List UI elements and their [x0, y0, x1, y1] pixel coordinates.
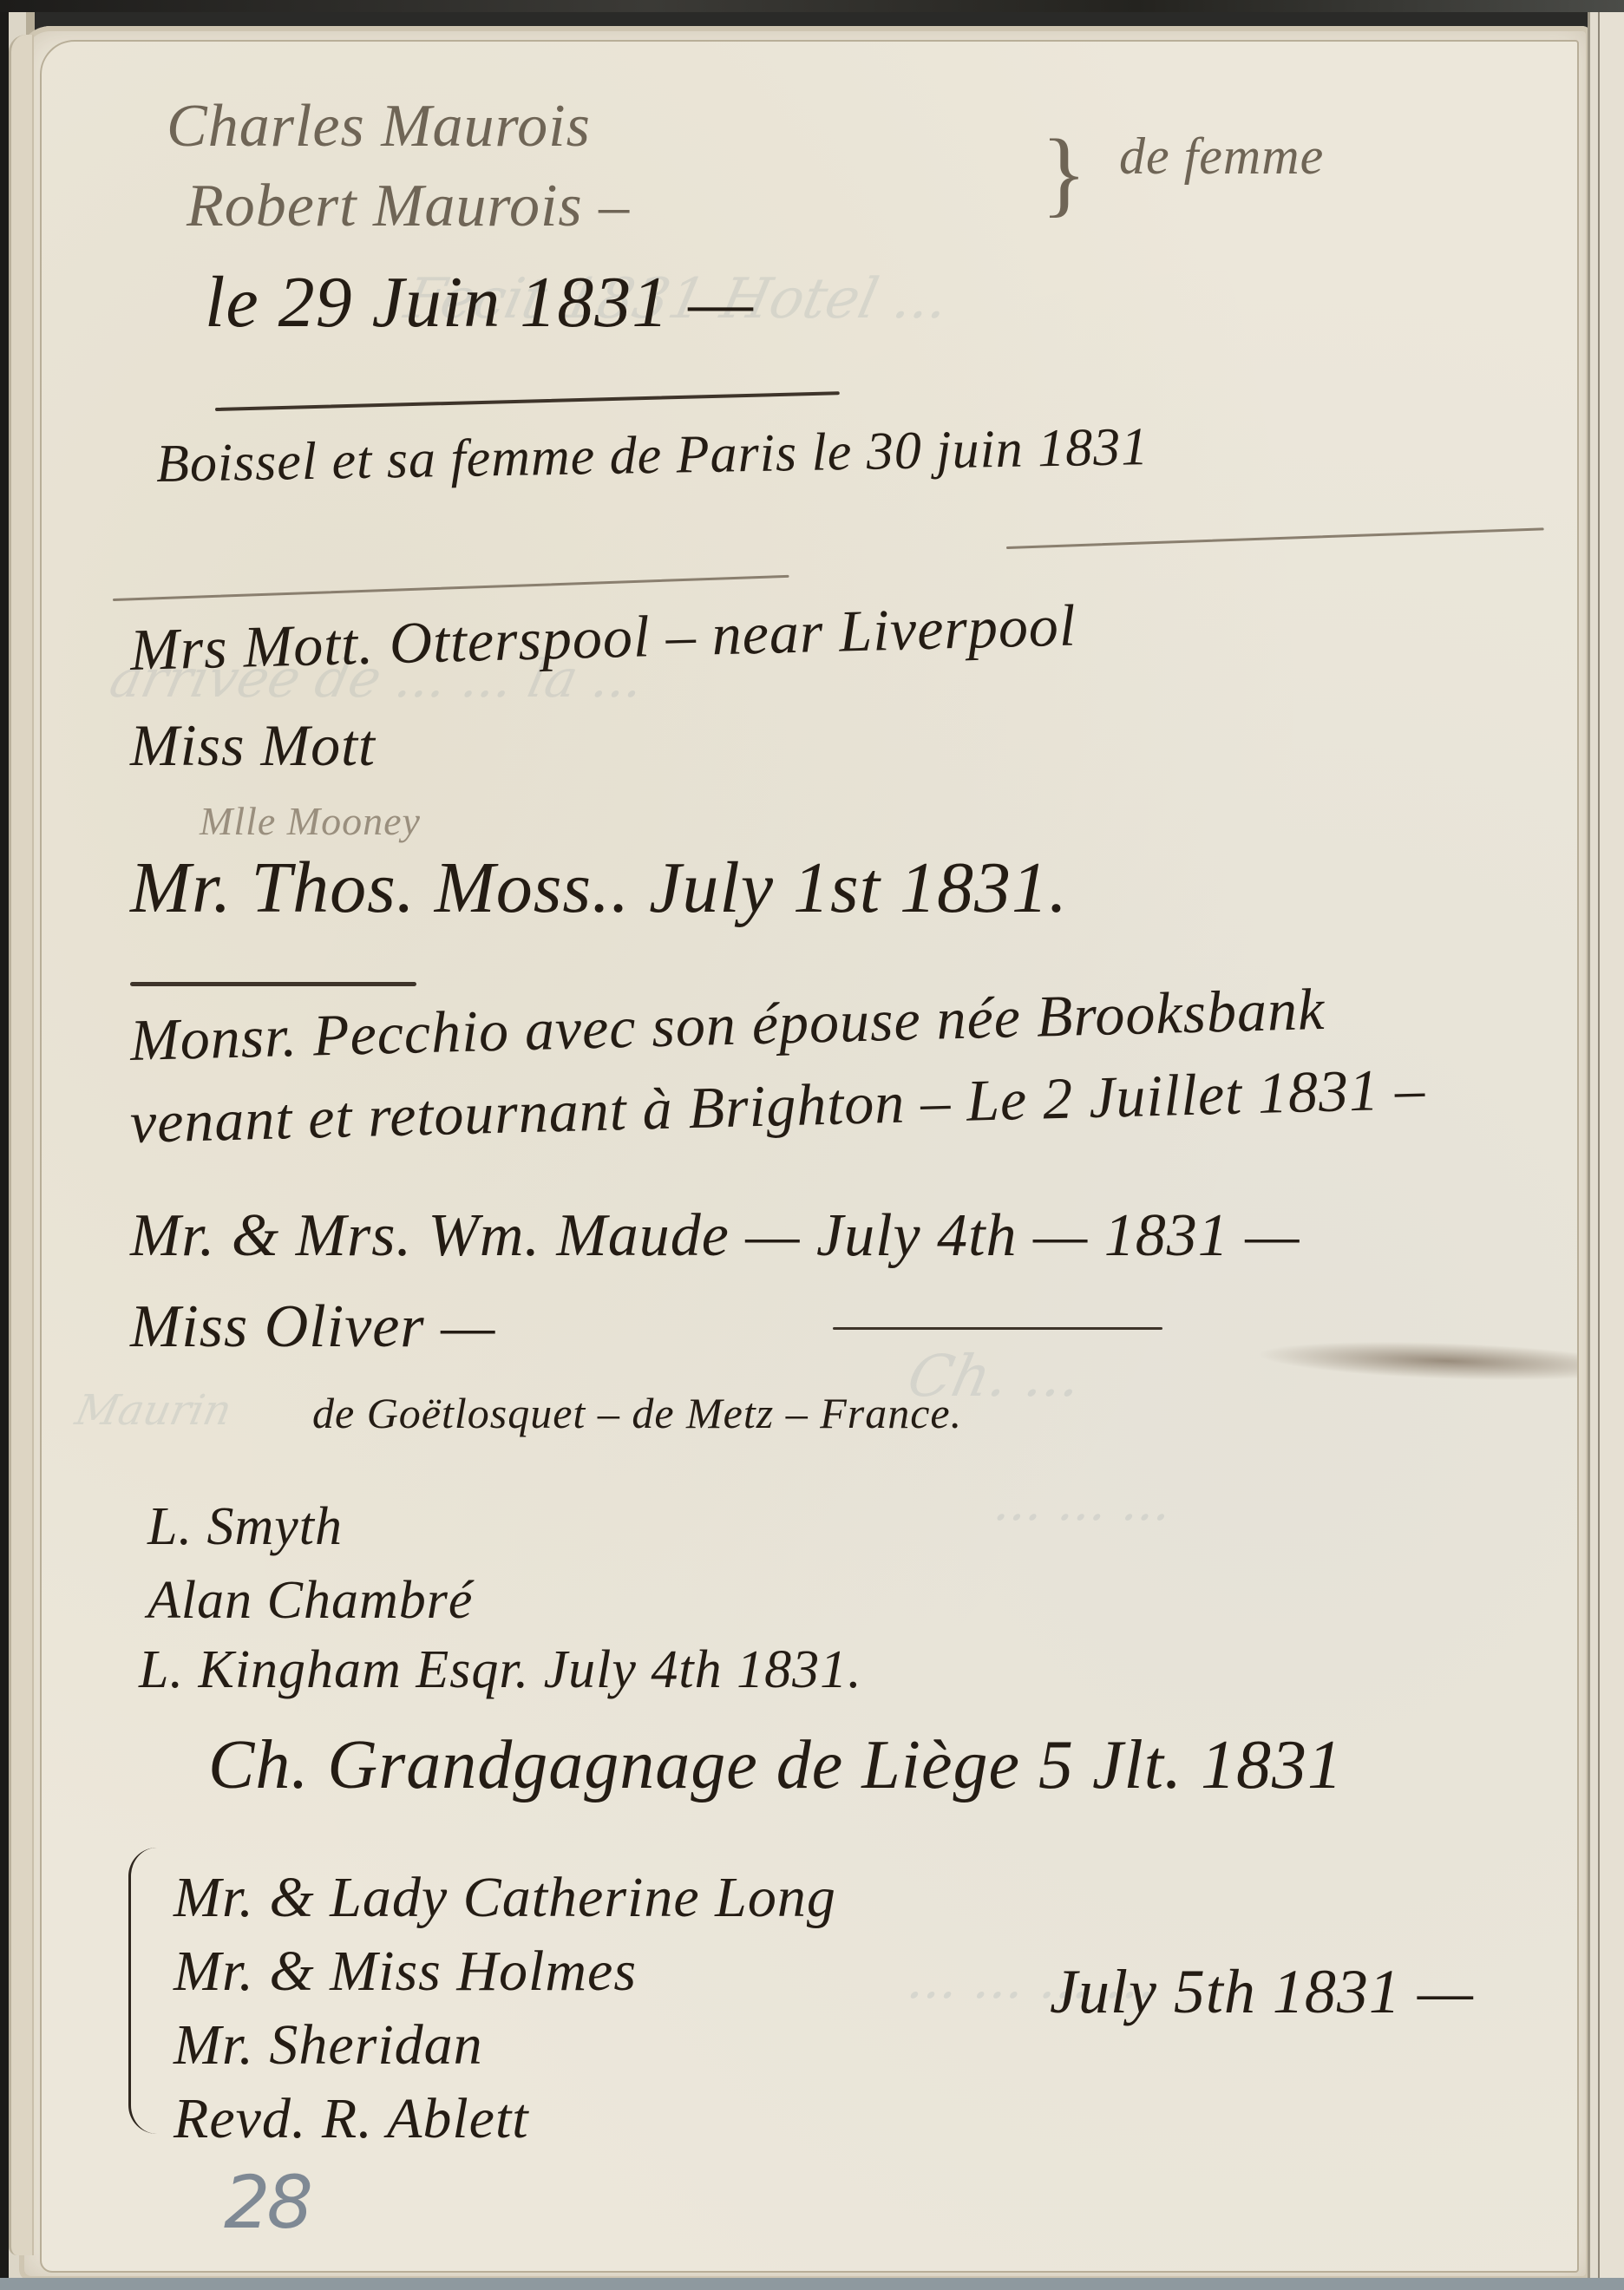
entry-long-line-4: Revd. R. Ablett: [174, 2086, 529, 2152]
register-page: Fecit 1831 Hotel ... arrivée de ... ... …: [40, 40, 1579, 2273]
entry-date-29-juin: le 29 Juin 1831 —: [205, 260, 754, 344]
divider-rule: [833, 1327, 1162, 1330]
entry-long-line-2: Mr. & Miss Holmes: [174, 1939, 637, 2005]
entry-metz: de Goëtlosquet – de Metz – France.: [312, 1388, 962, 1438]
bleed-through-maurin: Maurin: [71, 1386, 236, 1435]
page-number: 28: [224, 2160, 310, 2245]
entry-maurois-brace: }: [1041, 118, 1088, 228]
entry-smyth-line-2: Alan Chambré: [147, 1570, 473, 1632]
page-stack-edge: [9, 35, 34, 2255]
entry-maude-line-2: Miss Oliver —: [130, 1292, 495, 1362]
divider-rule: [130, 982, 416, 986]
entry-moss-annotation: Mlle Mooney: [200, 798, 421, 844]
entry-maurois-line-2: Robert Maurois –: [187, 172, 630, 241]
scan-bottom-edge: [0, 2278, 1624, 2290]
entry-long-line-3: Mr. Sheridan: [174, 2012, 483, 2078]
entry-maude-line-1: Mr. & Mrs. Wm. Maude — July 4th — 1831 —: [130, 1201, 1300, 1271]
entry-mott-line-2: Miss Mott: [130, 711, 376, 780]
entry-smyth-line-1: L. Smyth: [147, 1496, 343, 1558]
entry-maurois-annotation: de femme: [1119, 127, 1324, 186]
entry-smyth-line-3: L. Kingham Esqr. July 4th 1831.: [139, 1639, 862, 1701]
book-gutter: [1588, 12, 1624, 2278]
entry-long-date: July 5th 1831 —: [1050, 1956, 1474, 2028]
entry-moss: Mr. Thos. Moss.. July 1st 1831.: [130, 846, 1068, 930]
bleed-through-text: ... ... ...: [990, 1473, 1178, 1532]
scan-top-edge: [0, 0, 1624, 12]
entry-grandgagnage: Ch. Grandgagnage de Liège 5 Jlt. 1831: [208, 1726, 1343, 1805]
entry-long-line-1: Mr. & Lady Catherine Long: [174, 1865, 836, 1931]
group-bracket: [128, 1848, 157, 2134]
ink-smudge: [1255, 1336, 1579, 1385]
entry-maurois-line-1: Charles Maurois: [167, 92, 591, 161]
